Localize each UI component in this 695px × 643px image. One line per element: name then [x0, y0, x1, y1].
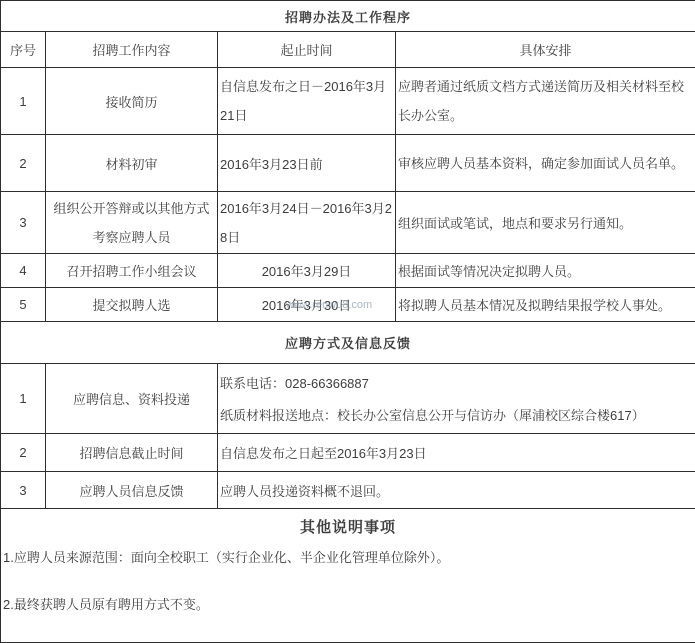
- row-arrangement: 组织面试或笔试，地点和要求另行通知。: [396, 192, 695, 254]
- row-content: 召开招聘工作小组会议: [46, 254, 218, 288]
- recruitment-notice-document: 招聘办法及工作程序 序号 招聘工作内容 起止时间 具体安排 1 接收简历 自信息…: [0, 0, 695, 643]
- contact-phone: 联系电话：028-66366887: [220, 373, 693, 392]
- row-time: 2016年3月24日－2016年3月28日: [218, 192, 396, 254]
- row-content: 应聘信息、资料投递: [46, 364, 218, 434]
- row-time-text: 2016年3月30日: [262, 298, 352, 313]
- row-no: 3: [1, 192, 46, 254]
- note-item: 2.最终获聘人员原有聘用方式不变。: [3, 594, 693, 613]
- table-row: 1 应聘信息、资料投递 联系电话：028-66366887 纸质材料报送地点：校…: [1, 364, 695, 434]
- row-no: 3: [1, 472, 46, 509]
- section2-title: 应聘方式及信息反馈: [1, 322, 695, 364]
- table-row: 3 应聘人员信息反馈 应聘人员投递资料概不退回。: [1, 472, 695, 509]
- table-row: 1 接收简历 自信息发布之日－2016年3月21日 应聘者通过纸质文档方式递送简…: [1, 68, 695, 135]
- row-detail: 联系电话：028-66366887 纸质材料报送地点：校长办公室信息公开与信访办…: [218, 364, 695, 434]
- col-header-content: 招聘工作内容: [46, 32, 218, 68]
- row-no: 1: [1, 364, 46, 434]
- row-arrangement: 审核应聘人员基本资料，确定参加面试人员名单。: [396, 135, 695, 192]
- row-no: 1: [1, 68, 46, 135]
- row-content: 接收简历: [46, 68, 218, 135]
- row-no: 2: [1, 135, 46, 192]
- col-header-time: 起止时间: [218, 32, 396, 68]
- delivery-address: 纸质材料报送地点：校长办公室信息公开与信访办（犀浦校区综合楼617）: [220, 405, 693, 424]
- row-content: 组织公开答辩或以其他方式考察应聘人员: [46, 192, 218, 254]
- table-row: 2 材料初审 2016年3月23日前 审核应聘人员基本资料，确定参加面试人员名单…: [1, 135, 695, 192]
- row-content: 应聘人员信息反馈: [46, 472, 218, 509]
- table-row: 4 召开招聘工作小组会议 2016年3月29日 根据面试等情况决定拟聘人员。: [1, 254, 695, 288]
- row-detail: 自信息发布之日起至2016年3月23日: [218, 434, 695, 472]
- row-arrangement: 应聘者通过纸质文档方式递送简历及相关材料至校长办公室。: [396, 68, 695, 135]
- table-row: 5 提交拟聘人选 2016年3月30日 www.renwu8.com 将拟聘人员…: [1, 288, 695, 322]
- section3-title: 其他说明事项: [3, 516, 693, 537]
- row-no: 4: [1, 254, 46, 288]
- row-time: 2016年3月30日 www.renwu8.com: [218, 288, 396, 322]
- other-notes-section: 其他说明事项 1.应聘人员来源范围：面向全校职工（实行企业化、半企业化管理单位除…: [1, 509, 695, 643]
- row-content: 材料初审: [46, 135, 218, 192]
- row-content: 招聘信息截止时间: [46, 434, 218, 472]
- row-arrangement: 将拟聘人员基本情况及拟聘结果报学校人事处。: [396, 288, 695, 322]
- row-time: 自信息发布之日－2016年3月21日: [218, 68, 396, 135]
- note-item: 1.应聘人员来源范围：面向全校职工（实行企业化、半企业化管理单位除外）。: [3, 547, 693, 566]
- row-no: 2: [1, 434, 46, 472]
- row-no: 5: [1, 288, 46, 322]
- row-time: 2016年3月29日: [218, 254, 396, 288]
- row-arrangement: 根据面试等情况决定拟聘人员。: [396, 254, 695, 288]
- row-time: 2016年3月23日前: [218, 135, 396, 192]
- row-detail: 应聘人员投递资料概不退回。: [218, 472, 695, 509]
- col-header-no: 序号: [1, 32, 46, 68]
- table-row: 3 组织公开答辩或以其他方式考察应聘人员 2016年3月24日－2016年3月2…: [1, 192, 695, 254]
- col-header-arrangement: 具体安排: [396, 32, 695, 68]
- table-row: 2 招聘信息截止时间 自信息发布之日起至2016年3月23日: [1, 434, 695, 472]
- recruitment-table: 招聘办法及工作程序 序号 招聘工作内容 起止时间 具体安排 1 接收简历 自信息…: [0, 0, 695, 643]
- row-content: 提交拟聘人选: [46, 288, 218, 322]
- section1-title: 招聘办法及工作程序: [1, 1, 695, 32]
